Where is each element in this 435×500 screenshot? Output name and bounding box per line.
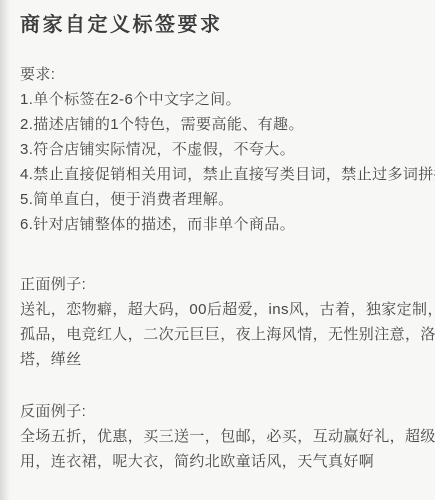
negative-examples-section: 反面例子: 全场五折，优惠，买三送一，包邮，必买，互动赢好礼，超级好 用，连衣裙… <box>20 399 429 474</box>
positive-examples-label: 正面例子: <box>20 272 429 297</box>
requirement-item: 6.针对店铺整体的描述，而非单个商品。 <box>20 212 429 237</box>
requirements-label: 要求: <box>20 62 429 87</box>
requirement-item: 4.禁止直接促销相关用词，禁止直接写类目词，禁止过多词拼接。 <box>20 162 429 187</box>
positive-example-line: 送礼，恋物癖，超大码，00后超爱，ins风，古着，独家定制， <box>20 297 429 322</box>
requirement-item: 3.符合店铺实际情况，不虚假，不夸大。 <box>20 137 429 162</box>
negative-example-line: 全场五折，优惠，买三送一，包邮，必买，互动赢好礼，超级好 <box>20 424 429 449</box>
negative-examples-label: 反面例子: <box>20 399 429 424</box>
page-title: 商家自定义标签要求 <box>20 14 429 37</box>
positive-example-line: 孤品，电竞红人，二次元巨巨，夜上海风情，无性别注意，洛丽 <box>20 322 429 347</box>
document-page: 商家自定义标签要求 要求: 1.单个标签在2-6个中文字之间。 2.描述店铺的1… <box>0 0 435 474</box>
requirement-item: 1.单个标签在2-6个中文字之间。 <box>20 87 429 112</box>
negative-example-line: 用，连衣裙，呢大衣，简约北欧童话风，天气真好啊 <box>20 449 429 474</box>
requirements-section: 要求: 1.单个标签在2-6个中文字之间。 2.描述店铺的1个特色，需要高能、有… <box>20 62 429 237</box>
requirement-item: 2.描述店铺的1个特色，需要高能、有趣。 <box>20 112 429 137</box>
requirement-item: 5.简单直白，便于消费者理解。 <box>20 187 429 212</box>
positive-example-line: 塔，缂丝 <box>20 347 429 372</box>
positive-examples-section: 正面例子: 送礼，恋物癖，超大码，00后超爱，ins风，古着，独家定制， 孤品，… <box>20 272 429 372</box>
